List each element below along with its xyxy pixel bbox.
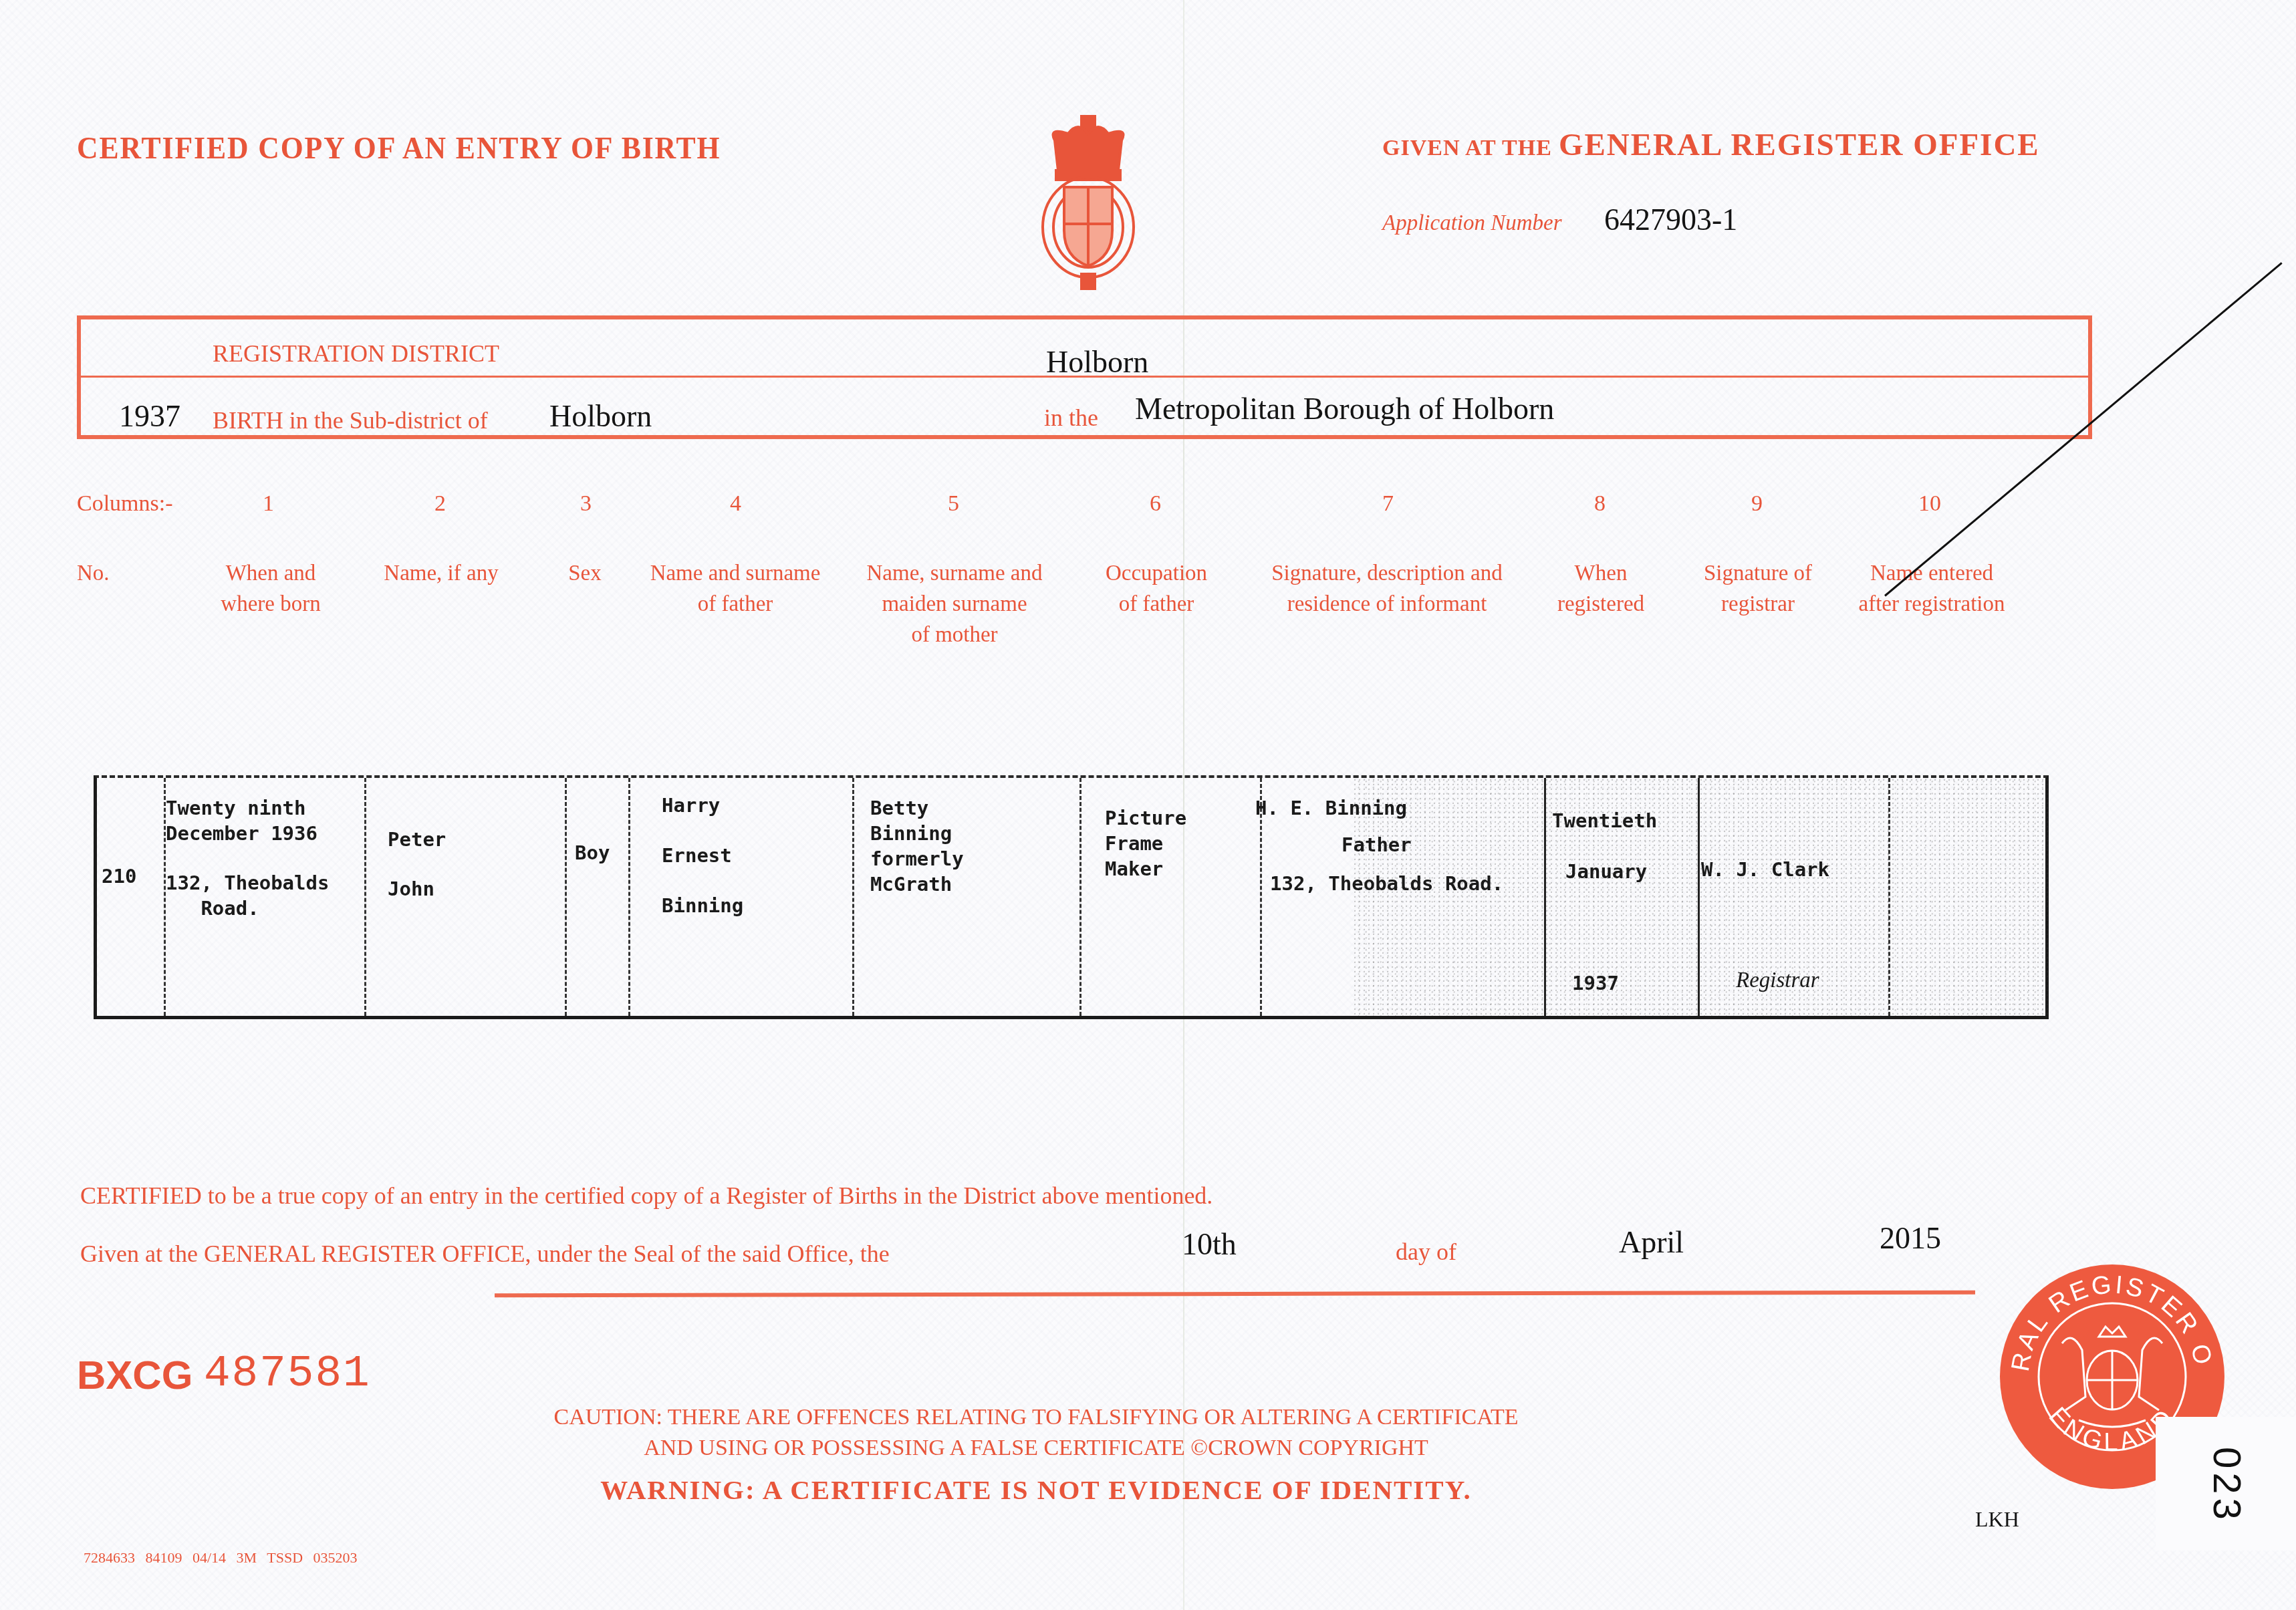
entry-registered-year: 1937 xyxy=(1572,970,1619,996)
given-at-prefix: GIVEN AT THE xyxy=(1382,136,1552,160)
registration-district-label: REGISTRATION DISTRICT xyxy=(213,340,499,368)
subdistrict-label: BIRTH in the Sub-district of xyxy=(213,406,488,434)
column-number-9: 9 xyxy=(1751,491,1763,517)
column-number-3: 3 xyxy=(580,491,592,517)
column-header-10: Name enteredafter registration xyxy=(1838,558,2025,620)
issue-day: 10th xyxy=(1182,1226,1237,1262)
column-divider xyxy=(628,778,630,1016)
entry-father-first: Harry xyxy=(662,793,720,818)
entry-father-middle: Ernest xyxy=(662,843,732,868)
certified-statement: CERTIFIED to be a true copy of an entry … xyxy=(80,1182,1213,1210)
application-number-label: Application Number xyxy=(1382,211,1562,236)
entry-informant-description: Father xyxy=(1342,832,1412,857)
column-divider xyxy=(1698,778,1700,1016)
column-header-4: Name and surnameof father xyxy=(632,558,839,620)
column-divider xyxy=(1888,778,1890,1016)
entry-when-born: Twenty ninth December 1936 xyxy=(166,795,317,846)
registration-district-value: Holborn xyxy=(1046,344,1148,380)
identity-warning: WARNING: A CERTIFICATE IS NOT EVIDENCE O… xyxy=(515,1474,1557,1506)
office-name: GENERAL REGISTER OFFICE xyxy=(1559,128,2040,162)
form-code: 7284633 84109 04/14 3M TSSD 035203 xyxy=(84,1549,358,1567)
column-header-3: Sex xyxy=(548,558,622,589)
certificate-title: CERTIFIED COPY OF AN ENTRY OF BIRTH xyxy=(77,130,721,166)
column-number-10: 10 xyxy=(1918,491,1941,517)
signature-rule xyxy=(495,1291,1975,1298)
given-at-heading: GIVEN AT THEGENERAL REGISTER OFFICE xyxy=(1382,127,2040,163)
entry-name-first: Peter xyxy=(388,827,446,852)
column-header-2: Name, if any xyxy=(361,558,521,589)
column-header-9: Signature ofregistrar xyxy=(1678,558,1838,620)
royal-crest-icon xyxy=(1035,114,1142,291)
column-divider xyxy=(364,778,366,1016)
column-header-no: No. xyxy=(77,558,130,589)
issue-year: 2015 xyxy=(1880,1220,1941,1256)
issuer-initials: LKH xyxy=(1975,1507,2019,1532)
entry-sex: Boy xyxy=(575,840,610,865)
subdistrict-value: Holborn xyxy=(549,398,652,434)
entry-registered-month: January xyxy=(1565,859,1647,884)
column-number-5: 5 xyxy=(948,491,959,517)
columns-label: Columns:- xyxy=(77,491,173,517)
entry-informant-residence: 132, Theobalds Road. xyxy=(1270,871,1503,896)
column-number-1: 1 xyxy=(263,491,274,517)
day-of-label: day of xyxy=(1396,1238,1456,1266)
column-number-8: 8 xyxy=(1594,491,1606,517)
photocopy-shading xyxy=(1354,778,2049,1016)
column-number-2: 2 xyxy=(434,491,446,517)
column-divider xyxy=(852,778,854,1016)
column-number-7: 7 xyxy=(1382,491,1394,517)
column-number-4: 4 xyxy=(730,491,741,517)
entry-mother: Betty Binning formerly McGrath xyxy=(870,795,964,897)
column-header-8: Whenregistered xyxy=(1531,558,1671,620)
column-divider xyxy=(565,778,567,1016)
application-number-value: 6427903-1 xyxy=(1604,202,1737,237)
entry-registered-day: Twentieth xyxy=(1552,808,1657,833)
entry-father-surname: Binning xyxy=(662,893,743,918)
entry-registrar-name: W. J. Clark xyxy=(1701,857,1829,882)
in-the-label: in the xyxy=(1044,404,1098,432)
handwritten-note: 023 xyxy=(2204,1447,2249,1524)
entry-name-second: John xyxy=(388,876,434,902)
caution-notice: CAUTION: THERE ARE OFFENCES RELATING TO … xyxy=(515,1402,1557,1464)
entry-registrar-title: Registrar xyxy=(1736,968,1819,993)
column-header-6: Occupationof father xyxy=(1079,558,1233,620)
column-number-6: 6 xyxy=(1150,491,1161,517)
column-header-7: Signature, description andresidence of i… xyxy=(1253,558,1521,620)
registration-year: 1937 xyxy=(119,398,180,434)
entry-informant-name: H. E. Binning xyxy=(1255,795,1407,821)
issue-month: April xyxy=(1619,1224,1684,1260)
borough-value: Metropolitan Borough of Holborn xyxy=(1135,391,1554,426)
entry-occupation: Picture Frame Maker xyxy=(1105,805,1186,882)
given-statement: Given at the GENERAL REGISTER OFFICE, un… xyxy=(80,1240,890,1268)
column-divider xyxy=(1079,778,1081,1016)
column-divider xyxy=(1544,778,1546,1016)
entry-where-born: 132, Theobalds Road. xyxy=(166,870,329,921)
serial-prefix: BXCG xyxy=(77,1352,193,1398)
entry-number: 210 xyxy=(102,863,136,889)
column-header-5: Name, surname andmaiden surnameof mother xyxy=(848,558,1061,650)
column-header-1: When andwhere born xyxy=(201,558,341,620)
serial-number: 487581 xyxy=(204,1349,371,1399)
